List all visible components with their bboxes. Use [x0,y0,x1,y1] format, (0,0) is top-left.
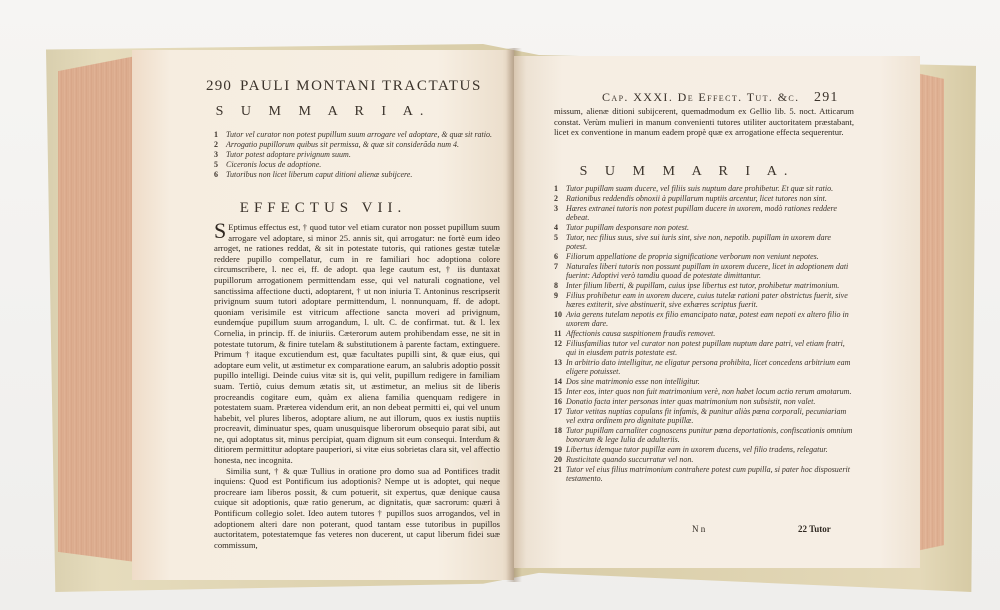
summaria-item: 3Tutor potest adoptare privignum suum. [214,150,504,159]
summaria-item: 2Rationibus reddendis obnoxii à pupillar… [554,194,854,203]
summaria-item: 8Inter filium liberti, & pupillam, cuius… [554,281,854,290]
summaria-item: 6Filiorum appellatione de propria signif… [554,252,854,261]
summaria-item: 11Affectionis causa suspitionem fraudis … [554,329,854,338]
summaria-item: 3Hæres extranei tutoris non potest pupil… [554,204,854,222]
section-heading: EFFECTUS VII. [132,200,514,217]
summaria-item: 16Donatio facta inter personas inter qua… [554,397,854,406]
summaria-item: 17Tutor vetitas nuptias copulans fit inf… [554,407,854,425]
summaria-item: 12Filiusfamilias tutor vel curator non p… [554,339,854,357]
summaria-item: 1Tutor vel curator non potest pupillum s… [214,130,504,139]
signature-mark: N n [692,524,705,534]
summaria-item: 19Libertus idemque tutor pupillæ eam in … [554,445,854,454]
paragraph: Similia sunt, † & quæ Tullius in oration… [214,466,500,551]
summaria-item: 13In arbitrio dato intelligitur, ne elig… [554,358,854,376]
left-page-edges [58,56,136,562]
summaria-item: 21Tutor vel eius filius matrimonium cont… [554,465,854,483]
catchword: 22 Tutor [798,524,831,534]
body-text: SEptimus effectus est, † quod tutor vel … [214,222,500,550]
summaria-item: 4Tutor pupillam desponsare non potest. [554,223,854,232]
summaria-item: 15Inter eos, inter quos non fuit matrimo… [554,387,854,396]
summaria-item: 5Tutor, nec filius suus, sive sui iuris … [554,233,854,251]
left-page: 290 PAULI MONTANI TRACTATUS S U M M A R … [132,50,514,580]
running-title: Cap. XXXI. De Effect. Tut. &c. [602,90,800,105]
summaria-item: 18Tutor pupillam carnaliter cognoscens p… [554,426,854,444]
summaria-item: 1Tutor pupillam suam ducere, vel filiis … [554,184,854,193]
summaria-heading: S U M M A R I A. [514,164,860,180]
summaria-heading: S U M M A R I A. [132,104,514,120]
page-number: 291 [814,90,839,106]
summaria-list: 1Tutor pupillam suam ducere, vel filiis … [554,184,854,484]
continuation-text: missum, alienæ ditioni subijcerent, quem… [554,106,854,138]
summaria-item: 2Arrogatio pupillorum quibus sit permiss… [214,140,504,149]
page-number: 290 [206,78,232,95]
summaria-item: 10Avia gerens tutelam nepotis ex filio e… [554,310,854,328]
running-title: PAULI MONTANI TRACTATUS [240,78,482,95]
summaria-item: 6Tutoribus non licet liberum caput ditio… [214,170,504,179]
summaria-item: 5Ciceronis locus de adoptione. [214,160,504,169]
summaria-item: 7Naturales liberi tutoris non possunt pu… [554,262,854,280]
paragraph: SEptimus effectus est, † quod tutor vel … [214,222,500,466]
right-page: Cap. XXXI. De Effect. Tut. &c. 291 missu… [514,56,920,568]
drop-cap: S [214,222,226,240]
summaria-list: 1Tutor vel curator non potest pupillum s… [214,130,504,180]
summaria-item: 20Rusticitate quando succurratur vel non… [554,455,854,464]
summaria-item: 14Dos sine matrimonio esse non intelligi… [554,377,854,386]
summaria-item: 9Filius prohibetur eam in uxorem ducere,… [554,291,854,309]
